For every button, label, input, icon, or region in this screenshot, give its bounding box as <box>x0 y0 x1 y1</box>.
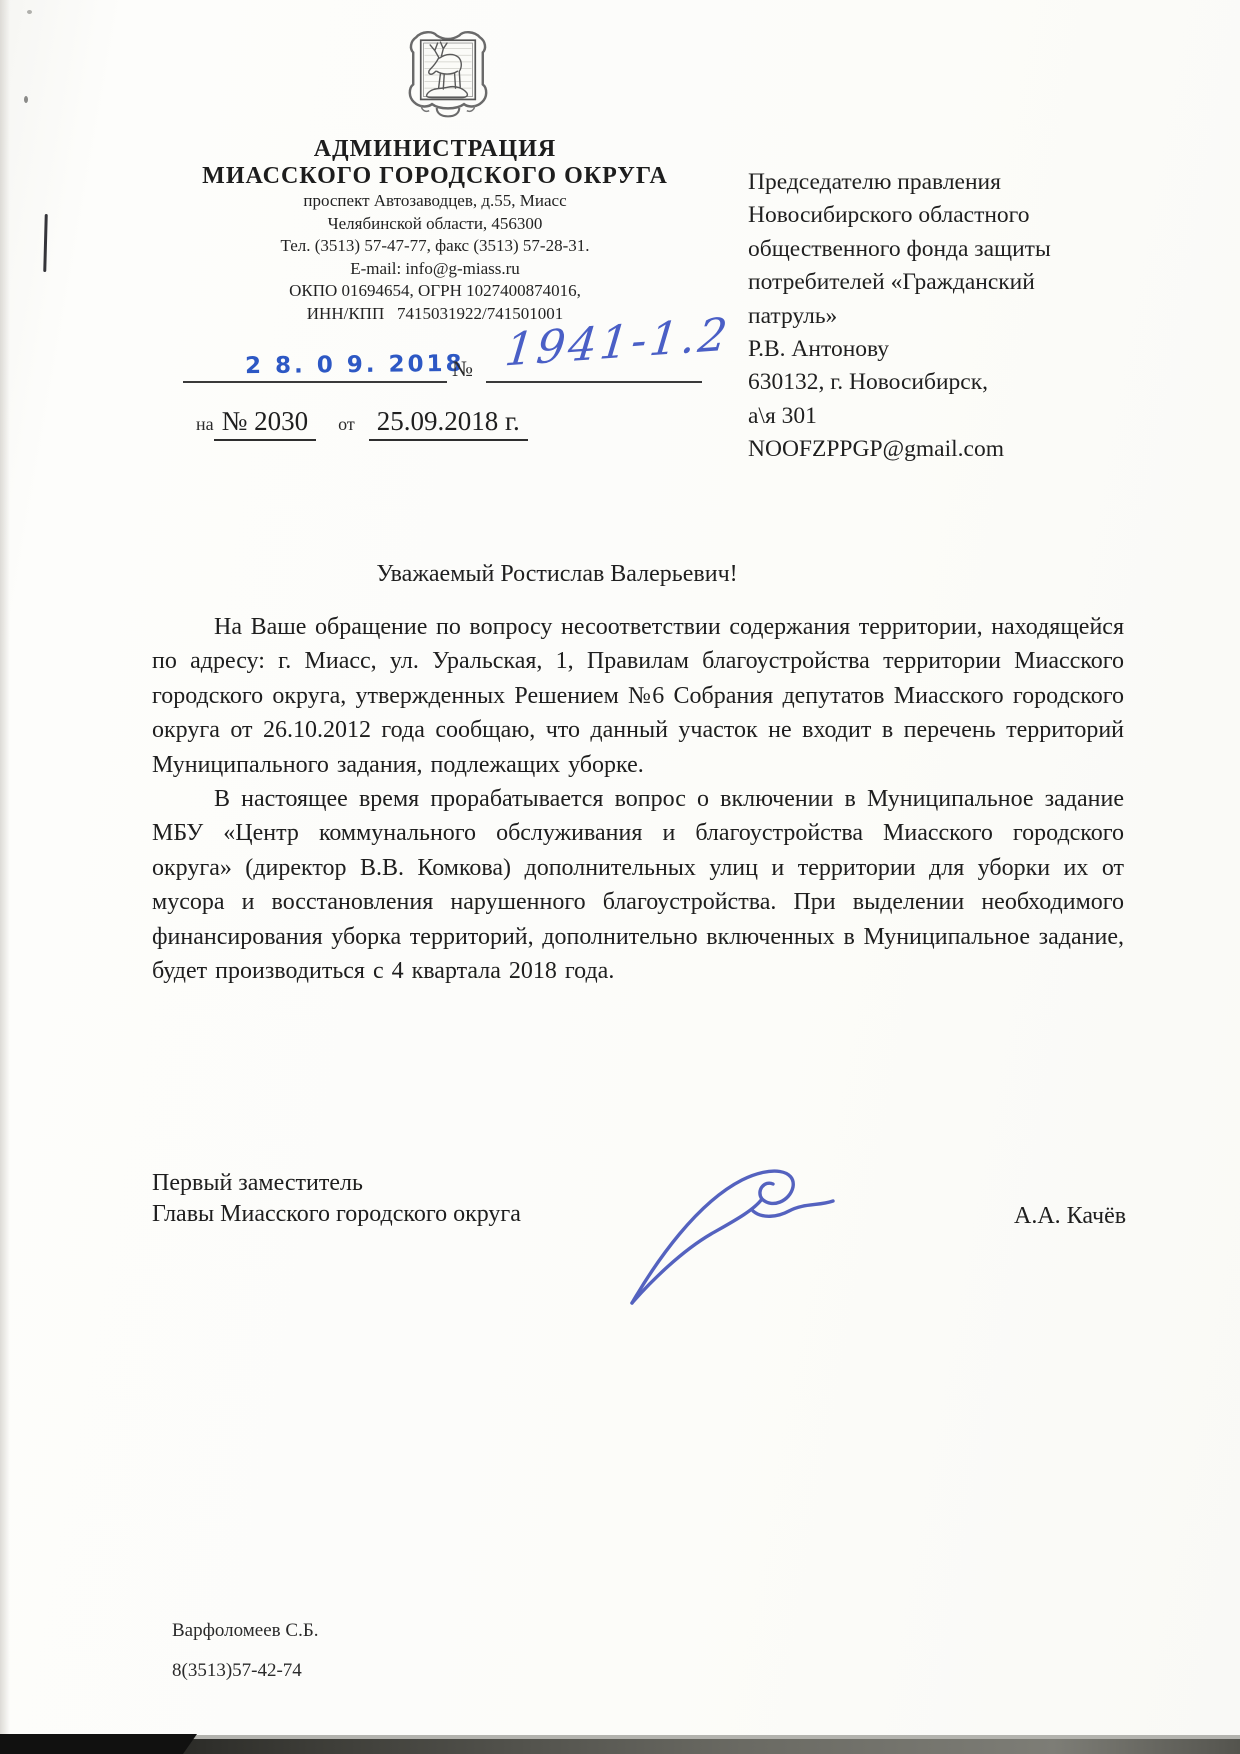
scanned-letter-page: АДМИНИСТРАЦИЯ МИАССКОГО ГОРОДСКОГО ОКРУГ… <box>0 0 1240 1754</box>
from-label: от <box>338 414 355 435</box>
in-reply-prefix: на <box>196 414 214 435</box>
salutation: Уважаемый Ростислав Валерьевич! <box>152 561 962 588</box>
recipient-po-box: а\я 301 <box>748 400 1108 433</box>
recipient-line: патруль» <box>748 300 1108 333</box>
scan-speck <box>24 96 28 103</box>
number-sign: № <box>452 356 473 382</box>
recipient-block: Председателю правления Новосибирского об… <box>748 166 1108 467</box>
recipient-line: потребителей «Гражданский <box>748 266 1108 299</box>
recipient-line: Председателю правления <box>748 166 1108 199</box>
org-name-line1: АДМИНИСТРАЦИЯ <box>160 136 710 163</box>
org-address-line2: Челябинской области, 456300 <box>160 213 710 236</box>
pen-mark-artifact <box>43 214 48 272</box>
org-okpo-line: ОКПО 01694654, ОГРН 1027400874016, <box>160 280 710 303</box>
body-paragraph-1: На Ваше обращение по вопросу несоответст… <box>152 610 1124 782</box>
recipient-line: Новосибирского областного <box>748 199 1108 232</box>
signer-position: Первый заместитель Главы Миасского город… <box>152 1168 672 1230</box>
incoming-number: № 2030 <box>214 406 317 441</box>
org-address-line1: проспект Автозаводцев, д.55, Миасс <box>160 190 710 213</box>
body-paragraph-2: В настоящее время прорабатывается вопрос… <box>152 782 1124 988</box>
number-underline <box>486 381 702 383</box>
signer-name: А.А. Качёв <box>1014 1203 1126 1230</box>
letterhead: АДМИНИСТРАЦИЯ МИАССКОГО ГОРОДСКОГО ОКРУГ… <box>160 136 710 325</box>
org-phone-line: Тел. (3513) 57-47-77, факс (3513) 57-28-… <box>160 235 710 258</box>
date-stamp: 2 8. 0 9. 2018 <box>245 351 465 379</box>
date-underline <box>183 381 447 383</box>
recipient-email: NOOFZPPGP@gmail.com <box>748 433 1108 466</box>
recipient-name: Р.В. Антонову <box>748 333 1108 366</box>
recipient-address: 630132, г. Новосибирск, <box>748 366 1108 399</box>
incoming-reference-line: на № 2030 от 25.09.2018 г. <box>196 406 528 441</box>
letter-body: На Ваше обращение по вопросу несоответст… <box>152 610 1124 988</box>
signer-position-line2: Главы Миасского городского округа <box>152 1199 672 1230</box>
recipient-line: общественного фонда защиты <box>748 233 1108 266</box>
scan-speck <box>27 10 32 14</box>
signer-position-line1: Первый заместитель <box>152 1168 672 1199</box>
miass-coat-of-arms-icon <box>401 28 495 122</box>
handwritten-signature-icon <box>612 1148 852 1318</box>
scan-edge-shadow <box>0 0 10 1754</box>
executor-name: Варфоломеев С.Б. <box>172 1620 318 1642</box>
org-name-line2: МИАССКОГО ГОРОДСКОГО ОКРУГА <box>160 163 710 190</box>
incoming-date: 25.09.2018 г. <box>369 406 528 441</box>
executor-phone: 8(3513)57-42-74 <box>172 1660 302 1682</box>
scan-corner-shadow <box>0 1734 197 1754</box>
org-email-line: E-mail: info@g-miass.ru <box>160 258 710 281</box>
